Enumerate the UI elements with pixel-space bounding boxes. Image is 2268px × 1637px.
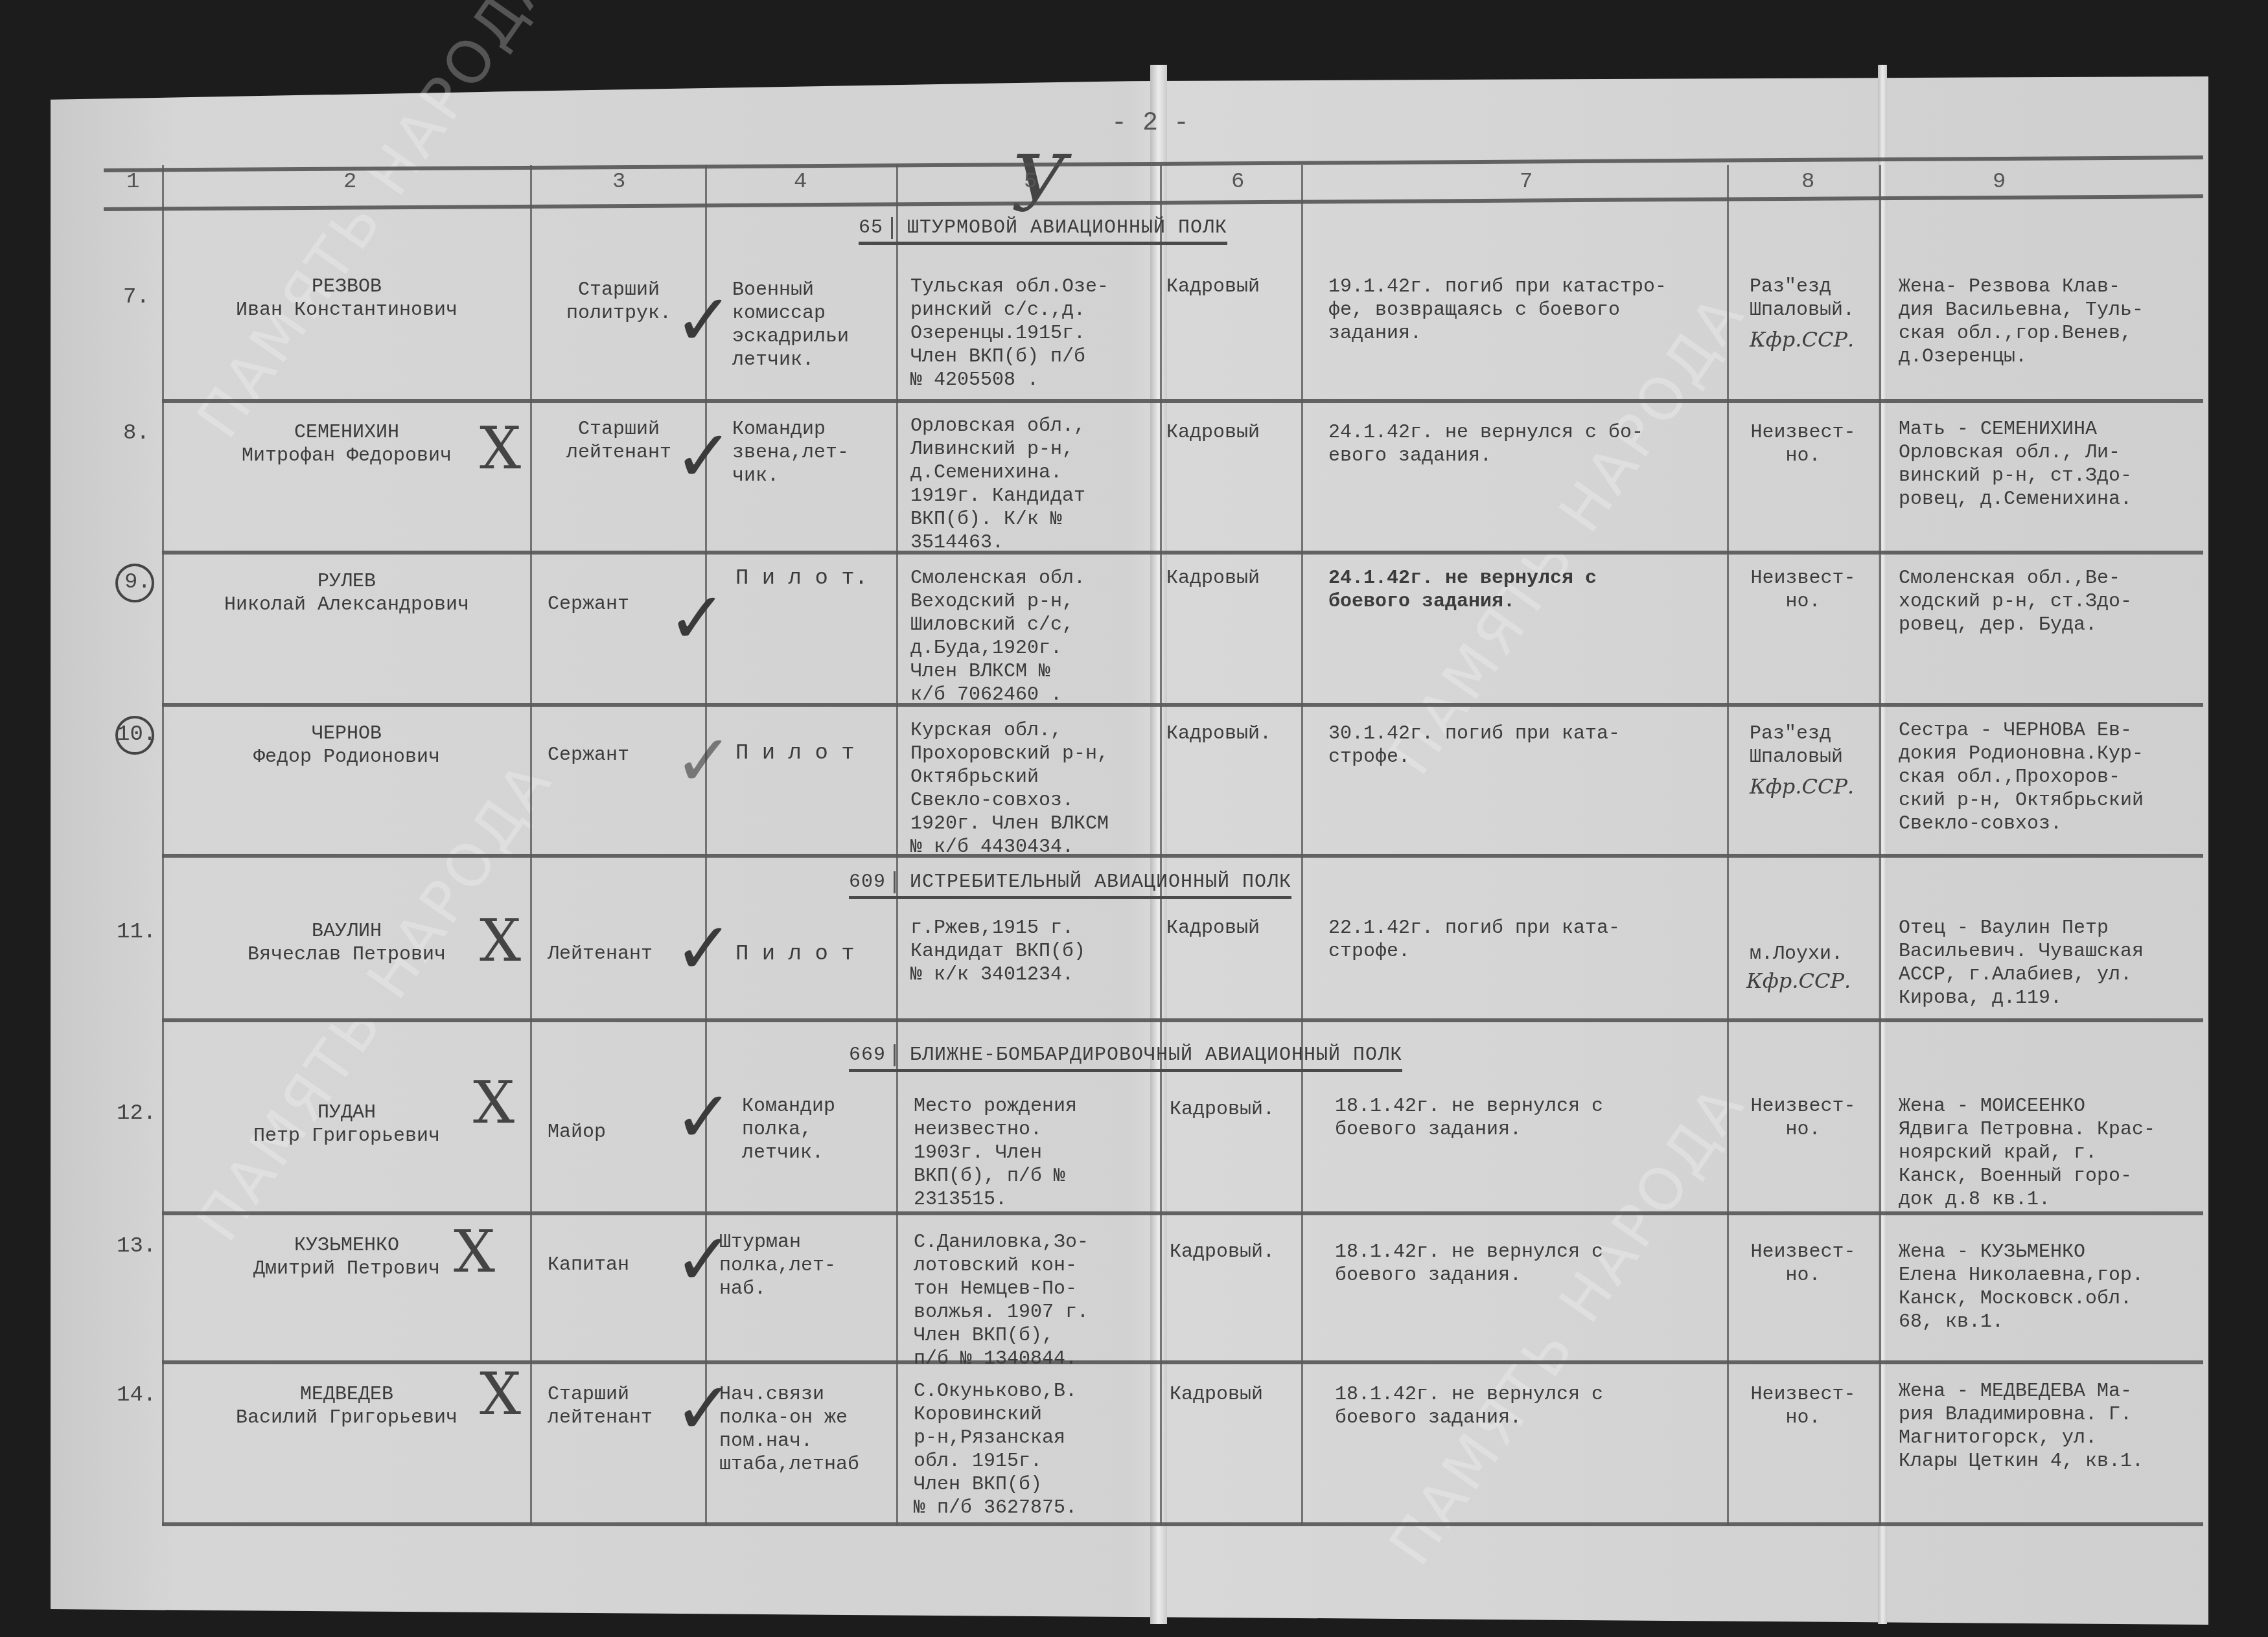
position: Штурман полка,лет- наб. bbox=[719, 1231, 894, 1301]
section-heading: 609ИСТРЕБИТЕЛЬНЫЙ АВИАЦИОННЫЙ ПОЛК bbox=[849, 871, 1291, 899]
relatives-info: Жена - МЕДВЕДЕВА Ма- рия Владимировна. Г… bbox=[1899, 1380, 2203, 1473]
fate-description: 18.1.42г. не вернулся с боевого задания. bbox=[1335, 1241, 1724, 1287]
row-divider bbox=[162, 1211, 2203, 1215]
service-type: Кадровый bbox=[1166, 917, 1299, 940]
fate-description: 24.1.42г. не вернулся с бо- евого задани… bbox=[1328, 421, 1724, 468]
person-name: МЕДВЕДЕВ Василий Григорьевич bbox=[168, 1383, 525, 1430]
column-divider bbox=[705, 165, 707, 1526]
check-mark-icon: ✓ bbox=[674, 1218, 734, 1301]
fate-description: 18.1.42г. не вернулся с боевого задания. bbox=[1335, 1383, 1724, 1430]
check-mark-icon: ✓ bbox=[674, 415, 734, 498]
birth-party-info: С.Окуньково,В. Коровинский р-н,Рязанская… bbox=[914, 1380, 1160, 1520]
column-divider bbox=[896, 165, 898, 1526]
row-divider bbox=[162, 1360, 2203, 1364]
row-number: 11. bbox=[117, 920, 156, 944]
person-name: РЕЗВОВ Иван Константинович bbox=[168, 275, 525, 322]
position: Командир звена,лет- чик. bbox=[732, 418, 894, 488]
column-header-3: 3 bbox=[612, 170, 625, 194]
column-divider bbox=[1301, 165, 1303, 1526]
fate-description: 19.1.42г. погиб при катастро- фе, возвра… bbox=[1328, 275, 1724, 345]
position: Нач.связи полка-он же пом.нач. штаба,лет… bbox=[719, 1383, 897, 1476]
relatives-info: Жена - КУЗЬМЕНКО Елена Николаевна,гор. К… bbox=[1899, 1241, 2203, 1334]
person-name: РУЛЕВ Николай Александрович bbox=[168, 570, 525, 617]
row-number: 12. bbox=[117, 1101, 156, 1126]
burial-place: Неизвест- но. bbox=[1730, 567, 1876, 613]
position: Командир полка, летчик. bbox=[742, 1095, 897, 1165]
fate-description: 18.1.42г. не вернулся с боевого задания. bbox=[1335, 1095, 1724, 1141]
position: П и л о т bbox=[735, 943, 897, 966]
handwritten-note: Кфр.ССР. bbox=[1750, 327, 1854, 352]
column-header-9: 9 bbox=[1993, 170, 2006, 194]
cross-mark-icon: Х bbox=[480, 415, 521, 483]
person-name: ЧЕРНОВ Федор Родионович bbox=[168, 722, 525, 769]
cross-mark-icon: Х bbox=[454, 1218, 495, 1286]
burial-place: Раз"езд Шпаловый. bbox=[1750, 275, 1879, 322]
column-divider bbox=[1160, 165, 1162, 1526]
service-type: Кадровый bbox=[1170, 1383, 1299, 1406]
service-type: Кадровый bbox=[1166, 275, 1299, 299]
relatives-info: Мать - СЕМЕНИХИНА Орловская обл., Ли- ви… bbox=[1899, 418, 2203, 511]
burial-place: Раз"езд Шпаловый bbox=[1750, 722, 1879, 769]
person-name: ВАУЛИН Вячеслав Петрович bbox=[168, 920, 525, 967]
relatives-info: Жена - МОИСЕЕНКО Ядвига Петровна. Крас- … bbox=[1899, 1095, 2203, 1211]
row-number: 9. bbox=[124, 570, 151, 595]
position: Военный комиссар эскадрильи летчик. bbox=[732, 279, 894, 372]
birth-party-info: Место рождения неизвестно. 1903г. Член В… bbox=[914, 1095, 1160, 1211]
row-divider bbox=[162, 703, 2203, 707]
relatives-info: Сестра - ЧЕРНОВА Ев- докия Родионовна.Ку… bbox=[1899, 719, 2203, 836]
row-divider bbox=[162, 1018, 2203, 1022]
column-header-1: 1 bbox=[126, 170, 139, 194]
section-heading: 65ШТУРМОВОЙ АВИАЦИОННЫЙ ПОЛК bbox=[859, 217, 1227, 245]
burial-place: м.Лоухи. bbox=[1750, 943, 1879, 966]
section-heading: 669БЛИЖНЕ-БОМБАРДИРОВОЧНЫЙ АВИАЦИОННЫЙ П… bbox=[849, 1044, 1402, 1072]
check-mark-icon: ✓ bbox=[674, 1367, 734, 1450]
column-header-4: 4 bbox=[794, 170, 807, 194]
relatives-info: Отец - Ваулин Петр Васильевич. Чувашская… bbox=[1899, 917, 2203, 1010]
fate-description: 30.1.42г. погиб при ката- строфе. bbox=[1328, 722, 1724, 769]
person-name: СЕМЕНИХИН Митрофан Федорович bbox=[168, 421, 525, 468]
check-mark-icon: ✓ bbox=[674, 719, 734, 802]
position: П и л о т. bbox=[735, 567, 897, 590]
birth-party-info: Смоленская обл. Веходский р-н, Шиловский… bbox=[910, 567, 1160, 707]
regiment-number: 609 bbox=[849, 871, 896, 893]
regiment-number: 669 bbox=[849, 1044, 896, 1066]
fate-description: 22.1.42г. погиб при ката- строфе. bbox=[1328, 917, 1724, 963]
row-divider bbox=[162, 399, 2203, 403]
column-header-6: 6 bbox=[1231, 170, 1244, 194]
service-type: Кадровый bbox=[1166, 567, 1299, 590]
relatives-info: Смоленская обл.,Ве- ходский р-н, ст.Здо-… bbox=[1899, 567, 2203, 637]
column-header-5: 5 bbox=[1024, 170, 1037, 194]
page-number: - 2 - bbox=[1111, 109, 1189, 138]
handwritten-note: Кфр.ССР. bbox=[1746, 968, 1851, 993]
column-divider bbox=[530, 165, 532, 1526]
column-header-2: 2 bbox=[343, 170, 356, 194]
birth-party-info: Курская обл., Прохоровский р-н, Октябрьс… bbox=[910, 719, 1160, 859]
regiment-title: БЛИЖНЕ-БОМБАРДИРОВОЧНЫЙ АВИАЦИОННЫЙ ПОЛК bbox=[910, 1044, 1402, 1066]
column-header-7: 7 bbox=[1520, 170, 1533, 194]
row-number: 8. bbox=[123, 421, 150, 446]
regiment-title: ИСТРЕБИТЕЛЬНЫЙ АВИАЦИОННЫЙ ПОЛК bbox=[910, 871, 1291, 893]
regiment-title: ШТУРМОВОЙ АВИАЦИОННЫЙ ПОЛК bbox=[907, 217, 1227, 239]
column-divider bbox=[1727, 165, 1729, 1526]
birth-party-info: Орловская обл., Ливинский р-н, д.Семених… bbox=[910, 415, 1160, 555]
column-divider bbox=[162, 165, 164, 1526]
row-number: 14. bbox=[117, 1383, 156, 1408]
birth-party-info: С.Даниловка,Зо- лотовский кон- тон Немце… bbox=[914, 1231, 1160, 1371]
regiment-number: 65 bbox=[859, 217, 893, 239]
position: П и л о т bbox=[735, 742, 897, 765]
service-type: Кадровый. bbox=[1170, 1241, 1299, 1264]
handwritten-mark: У bbox=[1011, 139, 1067, 229]
birth-party-info: г.Ржев,1915 г. Кандидат ВКП(б) № к/к 340… bbox=[910, 917, 1160, 987]
burial-place: Неизвест- но. bbox=[1730, 421, 1876, 468]
column-divider bbox=[1879, 165, 1881, 1526]
burial-place: Неизвест- но. bbox=[1730, 1383, 1876, 1430]
burial-place: Неизвест- но. bbox=[1730, 1241, 1876, 1287]
check-mark-icon: ✓ bbox=[674, 907, 734, 990]
service-type: Кадровый bbox=[1166, 421, 1299, 444]
cross-mark-icon: Х bbox=[480, 1360, 521, 1428]
check-mark-icon: ✓ bbox=[667, 577, 727, 659]
check-mark-icon: ✓ bbox=[674, 1075, 734, 1158]
row-divider bbox=[162, 1522, 2203, 1526]
row-number: 13. bbox=[117, 1234, 156, 1259]
person-name: ПУДАН Петр Григорьевич bbox=[168, 1101, 525, 1148]
birth-party-info: Тульская обл.Озе- ринский с/с.,д. Озерен… bbox=[910, 275, 1160, 392]
service-type: Кадровый. bbox=[1166, 722, 1299, 746]
service-type: Кадровый. bbox=[1170, 1098, 1299, 1121]
row-divider bbox=[162, 854, 2203, 858]
relatives-info: Жена- Резвова Клав- дия Васильевна, Туль… bbox=[1899, 275, 2203, 369]
row-divider bbox=[162, 551, 2203, 555]
cross-mark-icon: Х bbox=[473, 1069, 515, 1137]
burial-place: Неизвест- но. bbox=[1730, 1095, 1876, 1141]
check-mark-icon: ✓ bbox=[674, 279, 734, 361]
row-number: 10. bbox=[117, 722, 156, 747]
column-header-8: 8 bbox=[1801, 170, 1814, 194]
handwritten-note: Кфр.ССР. bbox=[1750, 774, 1854, 799]
row-number: 7. bbox=[123, 285, 150, 310]
cross-mark-icon: Х bbox=[480, 907, 521, 975]
fate-description: 24.1.42г. не вернулся с боевого задания. bbox=[1328, 567, 1724, 613]
